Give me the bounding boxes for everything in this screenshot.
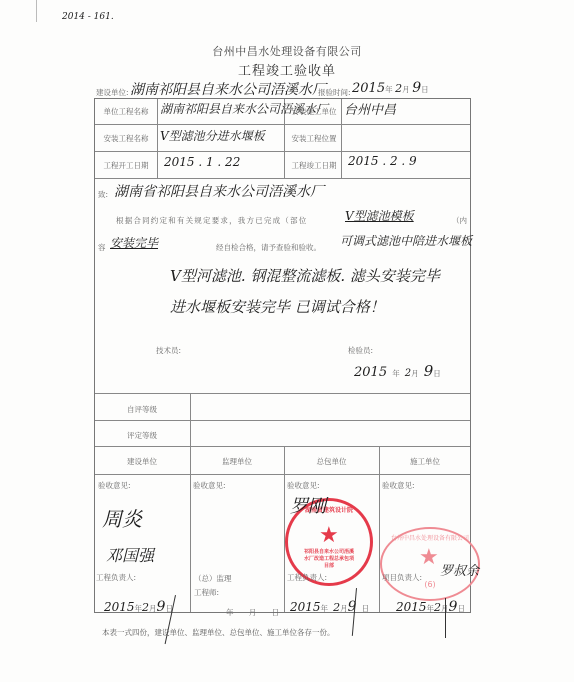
party-header-supervisor: 监理单位 bbox=[190, 456, 284, 467]
body-suffix-1: （内 bbox=[452, 215, 467, 226]
report-time-day: 9 bbox=[412, 80, 421, 96]
year-suffix: 年 bbox=[226, 608, 234, 617]
part-value: V型滤池模板 bbox=[345, 207, 414, 224]
month-suffix: 月 bbox=[402, 85, 410, 94]
content-value: 安装完毕 bbox=[110, 234, 158, 251]
year-suffix: 年 bbox=[427, 604, 435, 613]
report-time: 2015年 2月 9日 bbox=[352, 80, 429, 96]
month-suffix: 月 bbox=[149, 604, 157, 613]
opinion-label-constructor: 验收意见: bbox=[382, 480, 415, 491]
month: 2 bbox=[142, 601, 149, 614]
day-suffix: 日 bbox=[457, 604, 465, 613]
content-label: 容 bbox=[98, 242, 106, 253]
opinion-label-owner: 验收意见: bbox=[98, 480, 131, 491]
party-header-owner: 建设单位 bbox=[94, 456, 190, 467]
completion-date-label: 工程竣工日期 bbox=[286, 160, 342, 171]
red-seal-text-inner: 祁阳县自来水公司浯溪水厂改造工程总承包项目部 bbox=[302, 549, 356, 570]
sign-day: 9 bbox=[424, 362, 434, 380]
constructor-signature: 罗叔余 bbox=[440, 560, 479, 579]
install-project-name-label: 安装工程名称 bbox=[96, 133, 156, 144]
owner-responsible-label: 工程负责人: bbox=[96, 572, 136, 583]
handwritten-line-1: 可调式滤池中陪进水堰板 bbox=[340, 232, 472, 249]
construction-unit-value: 湖南祁阳县自来水公司浯溪水厂 bbox=[130, 79, 326, 99]
body-suffix-2: 经自检合格，请予查验和验收。 bbox=[216, 242, 321, 253]
month-suffix: 月 bbox=[340, 604, 348, 613]
party-header-general-contractor: 总包单位 bbox=[284, 456, 379, 467]
year: 2015 bbox=[104, 600, 135, 614]
to-label: 致: bbox=[98, 189, 108, 200]
year-suffix: 年 bbox=[135, 604, 143, 613]
sign-date: 2015 年 2月 9日 bbox=[354, 361, 441, 380]
opinion-label-general-contractor: 验收意见: bbox=[287, 480, 320, 491]
project-manager-label: 项目负责人: bbox=[382, 572, 422, 583]
gc-date: 2015年 2月9 日 bbox=[290, 596, 369, 615]
handwritten-line-3: 进水堰板安装完毕 已调试合格！ bbox=[170, 296, 385, 317]
document-number: 2014 - 161. bbox=[62, 12, 114, 22]
install-location-label: 安装工程位置 bbox=[286, 133, 342, 144]
self-grade-label: 自评等级 bbox=[94, 404, 190, 415]
body-prefix: 根据合同约定和有关规定要求，我方已完成（部位 bbox=[116, 215, 307, 226]
year: 2015 bbox=[396, 600, 427, 614]
company-name: 台州中昌水处理设备有限公司 bbox=[0, 43, 574, 59]
unit-project-name-label: 单位工程名称 bbox=[96, 106, 156, 117]
year-suffix: 年 bbox=[392, 369, 400, 378]
pen-stroke bbox=[445, 598, 446, 638]
year-suffix: 年 bbox=[321, 604, 329, 613]
report-time-label: 报验时间: bbox=[318, 87, 351, 98]
assessed-grade-label: 评定等级 bbox=[94, 430, 190, 441]
install-project-name-value: V型滤池分进水堰板 bbox=[160, 127, 265, 144]
gc-responsible-label: 工程负责人: bbox=[287, 572, 327, 583]
light-seal-text: 台州中昌水处理设备有限公司 bbox=[390, 535, 470, 543]
to-value: 湖南省祁阳县自来水公司浯溪水厂 bbox=[114, 181, 324, 201]
scan-edge bbox=[36, 0, 37, 22]
day-suffix: 日 bbox=[433, 369, 441, 378]
completion-date-value: 2015 . 2 . 9 bbox=[348, 154, 417, 168]
day-suffix: 日 bbox=[362, 604, 370, 613]
owner-signature-2: 邓国强 bbox=[106, 543, 154, 566]
party-header-constructor: 施工单位 bbox=[379, 456, 471, 467]
star-icon: ★ bbox=[419, 545, 439, 570]
month-suffix: 月 bbox=[249, 608, 257, 617]
day-suffix: 日 bbox=[421, 85, 429, 94]
report-time-year: 2015 bbox=[352, 81, 385, 96]
year-suffix: 年 bbox=[385, 85, 393, 94]
supervisor-engineer-label: （总）监理 工程师: bbox=[194, 572, 232, 600]
start-date-label: 工程开工日期 bbox=[96, 160, 156, 171]
general-contractor-signature: 罗刚 bbox=[290, 492, 326, 518]
handwritten-line-2: V型河滤池. 钢混整流滤板. 滤头安装完毕 bbox=[170, 265, 440, 286]
installer-value: 台州中昌 bbox=[344, 99, 396, 118]
month: 2 bbox=[434, 601, 441, 614]
star-icon: ★ bbox=[319, 523, 339, 548]
supervisor-date: 年 月 日 bbox=[226, 600, 279, 619]
start-date-value: 2015 . 1 . 22 bbox=[164, 155, 240, 169]
form-title: 工程竣工验收单 bbox=[0, 60, 574, 79]
constructor-date: 2015年2月9日 bbox=[396, 596, 465, 615]
day-suffix: 日 bbox=[272, 608, 280, 617]
technician-label: 技术员: bbox=[156, 345, 181, 356]
owner-date: 2015年2月9日 bbox=[104, 596, 173, 615]
month-suffix: 月 bbox=[411, 369, 419, 378]
opinion-label-supervisor: 验收意见: bbox=[193, 480, 226, 491]
construction-unit-label: 建设单位: bbox=[96, 87, 129, 98]
footnote: 本表一式四份，建设单位、监理单位、总包单位、施工单位各存一份。 bbox=[102, 627, 335, 638]
installer-label: 安装施工单位 bbox=[286, 106, 342, 117]
inspector-label: 检验员: bbox=[348, 345, 373, 356]
sign-year: 2015 bbox=[354, 365, 387, 380]
owner-signature-1: 周炎 bbox=[102, 503, 142, 532]
year: 2015 bbox=[290, 600, 321, 614]
